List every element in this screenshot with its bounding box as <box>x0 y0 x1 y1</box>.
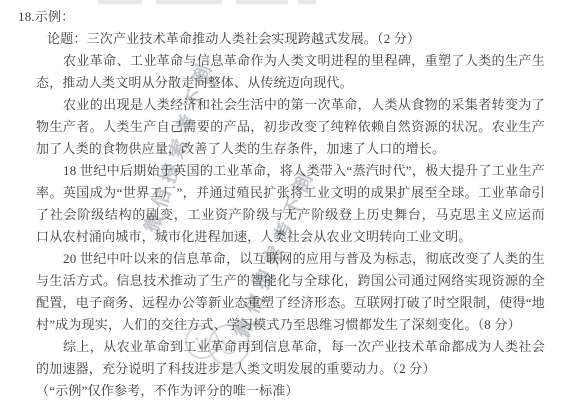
answer-line: 农业革命、工业革命与信息革命作为人类文明进程的里程碑，重塑了人类的生产生活形 <box>63 50 545 72</box>
answer-line: （“示例”仅作参考，不作为评分的唯一标准） <box>36 380 545 402</box>
answer-line: 加了人类的食物供应量，改善了人类的生存条件，加速了人口的增长。 <box>36 138 545 160</box>
answer-line: 的加速器，充分说明了科技进步是人类文明发展的重要动力。（2 分） <box>36 358 545 380</box>
answer-line: 了社会阶级结构的剧变，工业资产阶级与无产阶级登上历史舞台，马克思主义应运而生；人 <box>36 204 545 226</box>
answer-line: 20 世纪中叶以来的信息革命，以互联网的应用与普及为标志，彻底改变了人类的生产 <box>63 248 545 270</box>
scanned-answer-page: 微信搜索考不倒 微信搜索考不倒 18.示例： 论题：三次产业技术革命推动人类社会… <box>0 0 574 403</box>
answer-line: 配置，电子商务、远程办公等新业态重塑了经济形态。互联网打破了时空限制，使得“地球 <box>36 292 545 314</box>
answer-line: 村”成为现实，人们的交往方式、学习模式乃至思维习惯都发生了深刻变化。（8 分） <box>36 314 545 336</box>
answer-line: 18 世纪中后期始于英国的工业革命，将人类带入“蒸汽时代”，极大提升了工业生产效 <box>63 160 545 182</box>
answer-text: 18.示例： 论题：三次产业技术革命推动人类社会实现跨越式发展。（2 分） 农业… <box>0 0 574 402</box>
answer-line: 率。英国成为“世界工厂”，并通过殖民扩张将工业文明的成果扩展至全球。工业革命引发 <box>36 182 545 204</box>
answer-line: 与生活方式。信息技术推动了生产的智能化与全球化，跨国公司通过网络实现资源的全球 <box>36 270 545 292</box>
answer-line: 口从农村涌向城市，城市化进程加速，人类社会从农业文明转向工业文明。 <box>36 226 545 248</box>
answer-line: 综上，从农业革命到工业革命再到信息革命，每一次产业技术革命都成为人类社会发展 <box>63 336 545 358</box>
answer-line: 农业的出现是人类经济和社会生活中的第一次革命，人类从食物的采集者转变为了食 <box>63 94 545 116</box>
answer-line: 态，推动人类文明从分散走向整体、从传统迈向现代。 <box>36 72 545 94</box>
answer-line: 论题：三次产业技术革命推动人类社会实现跨越式发展。（2 分） <box>47 28 545 50</box>
answer-line: 18.示例： <box>18 6 545 28</box>
answer-line: 物生产者。人类生产自己需要的产品，初步改变了纯粹依赖自然资源的状况。农业生产增 <box>36 116 545 138</box>
